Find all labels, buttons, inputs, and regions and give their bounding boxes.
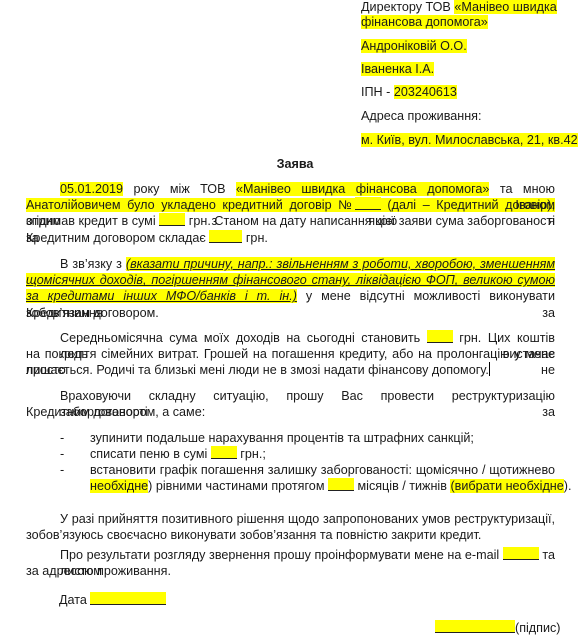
choose-frequency-placeholder-cont: необхідне	[90, 479, 148, 493]
ipn-value: 203240613	[394, 85, 457, 99]
list-text: ).	[564, 479, 572, 493]
p5-line2: зобов’язуюсь своєчасно виконувати зобов’…	[26, 527, 555, 543]
ipn-label: ІПН -	[361, 85, 394, 99]
p2-line1: В зв’язку з (вказати причину, напр.: зві…	[26, 256, 555, 272]
addressee-line-address: м. Київ, вул. Милославська, 21, кв.42	[361, 133, 578, 148]
list-item-text: списати пеню в сумі грн.;	[90, 446, 555, 462]
p4-line1: Враховуючи складну ситуацію, прошу Вас п…	[26, 388, 555, 404]
addressee-line-address-label: Адреса проживання:	[361, 109, 481, 124]
list-item-text: встановити графік погашення залишку забо…	[90, 462, 555, 478]
p2-line2: щомісячних доходів, погіршенням фінансов…	[26, 272, 555, 288]
paragraph-commitment: У разі прийняття позитивного рішення щод…	[26, 511, 555, 543]
signature-line: (підпис)	[435, 620, 561, 635]
credit-amount-field[interactable]	[159, 213, 185, 226]
list-text: встановити графік погашення залишку забо…	[90, 463, 555, 477]
p2-text: Кредитним договором.	[26, 306, 159, 320]
title-text: Заява	[277, 157, 314, 171]
p1-text: та мною	[489, 182, 555, 196]
p3-text: лишається. Родичі та близькі мені люди н…	[26, 363, 489, 377]
p1-line2: Анатолійовичем було укладено кредитний д…	[26, 197, 555, 213]
list-item: - списати пеню в сумі грн.;	[60, 446, 555, 462]
director-name: Андроніковій О.О.	[361, 39, 467, 53]
p1-line1: 05.01.2019 року між ТОВ «Манівео швидка …	[26, 181, 555, 197]
p6-line1: Про результати розгляду звернення прошу …	[26, 547, 555, 563]
company-name-part2: фінансова допомога»	[361, 15, 488, 29]
agreement-number-field[interactable]	[355, 197, 381, 210]
debt-amount-field[interactable]	[209, 230, 242, 243]
reason-placeholder-line3: за кредитами інших МФО/банків і т. ін.)	[26, 289, 297, 303]
p1-text: грн.	[242, 231, 268, 245]
addressee-line-from: Іваненка І.А.	[361, 62, 434, 77]
p5-line1: У разі прийняття позитивного рішення щод…	[26, 511, 555, 527]
list-dash: -	[60, 446, 64, 462]
company-name: «Манівео швидка фінансова допомога»	[236, 182, 489, 196]
date-line: Дата	[59, 592, 166, 607]
p5-text: зобов’язуюсь своєчасно виконувати зобов’…	[26, 528, 481, 542]
p3-line1: Середньомісячна сума моїх доходів на сьо…	[26, 330, 555, 346]
email-field[interactable]	[503, 547, 539, 560]
address-label: Адреса проживання:	[361, 109, 481, 123]
p5-text: У разі прийняття позитивного рішення щод…	[60, 512, 555, 526]
p2-text: В зв’язку з	[60, 257, 126, 271]
paragraph-reason: В зв’язку з (вказати причину, напр.: зві…	[26, 256, 555, 321]
p1-line4: Кредитним договором складає грн.	[26, 230, 555, 246]
p3-text: Середньомісячна сума моїх доходів на сьо…	[60, 331, 427, 345]
choose-period-placeholder: (вибрати необхідне	[450, 479, 563, 493]
signature-label: (підпис)	[515, 621, 561, 635]
term-count-field[interactable]	[328, 478, 354, 491]
monthly-income-field[interactable]	[427, 330, 453, 343]
paragraph-notification: Про результати розгляду звернення прошу …	[26, 547, 555, 579]
p3-line3: лишається. Родичі та близькі мені люди н…	[26, 362, 555, 378]
text-cursor	[489, 362, 490, 376]
addressee-line-ipn: ІПН - 203240613	[361, 85, 457, 100]
list-text: списати пеню в сумі	[90, 447, 211, 461]
request-list: - зупинити подальше нарахування проценті…	[60, 430, 555, 494]
paragraph-request: Враховуючи складну ситуацію, прошу Вас п…	[26, 388, 555, 420]
list-text: ) рівними частинами протягом	[148, 479, 328, 493]
date-label: Дата	[59, 593, 90, 607]
addressee-line-director-name: Андроніковій О.О.	[361, 39, 467, 54]
signature-field[interactable]	[435, 620, 515, 633]
list-item-text: зупинити подальше нарахування процентів …	[90, 430, 555, 446]
paragraph-income: Середньомісячна сума моїх доходів на сьо…	[26, 330, 555, 379]
list-text: місяців / тижнів	[354, 479, 450, 493]
p4-text: Кредитним договором, а саме:	[26, 405, 205, 419]
addressee-line-director: Директору ТОВ «Манівео швидка	[361, 0, 557, 15]
p1-text: Кредитним договором складає	[26, 231, 209, 245]
address-value: м. Київ, вул. Милославська, 21, кв.42	[361, 133, 578, 147]
p6-text: за адресою проживання.	[26, 564, 171, 578]
addressee-prefix: Директору ТОВ	[361, 0, 451, 14]
p1-text: року між ТОВ	[123, 182, 236, 196]
list-item: - зупинити подальше нарахування проценті…	[60, 430, 555, 446]
list-item: - встановити графік погашення залишку за…	[60, 462, 555, 494]
company-name-part1: «Манівео швидка	[454, 0, 556, 14]
applicant-name: Іваненка І.А.	[361, 62, 434, 76]
paragraph-credit-agreement: 05.01.2019 року між ТОВ «Манівео швидка …	[26, 181, 555, 246]
addressee-line-company: фінансова допомога»	[361, 15, 488, 30]
p6-text: Про результати розгляду звернення прошу …	[60, 548, 503, 562]
agreement-date: 05.01.2019	[60, 182, 123, 196]
p2-line3: за кредитами інших МФО/банків і т. ін.) …	[26, 288, 555, 304]
list-text: грн.;	[237, 447, 266, 461]
document-title: Заява	[0, 157, 585, 171]
applicant-full-name-part2: Анатолійовичем	[26, 198, 121, 212]
p1-text: отримав кредит в сумі	[26, 214, 159, 228]
list-dash: -	[60, 430, 64, 446]
list-dash: -	[60, 462, 64, 478]
list-item-text-continued: необхідне) рівними частинами протягом мі…	[90, 478, 555, 494]
p1-line3: отримав кредит в сумі грн. Станом на дат…	[26, 213, 555, 229]
date-field[interactable]	[90, 592, 166, 605]
penalty-amount-field[interactable]	[211, 446, 237, 459]
p3-line2: на покриття сімейних витрат. Грошей на п…	[26, 346, 555, 362]
p6-line2: за адресою проживання.	[26, 563, 555, 579]
p1-text: було укладено кредитний договір №	[121, 198, 355, 212]
